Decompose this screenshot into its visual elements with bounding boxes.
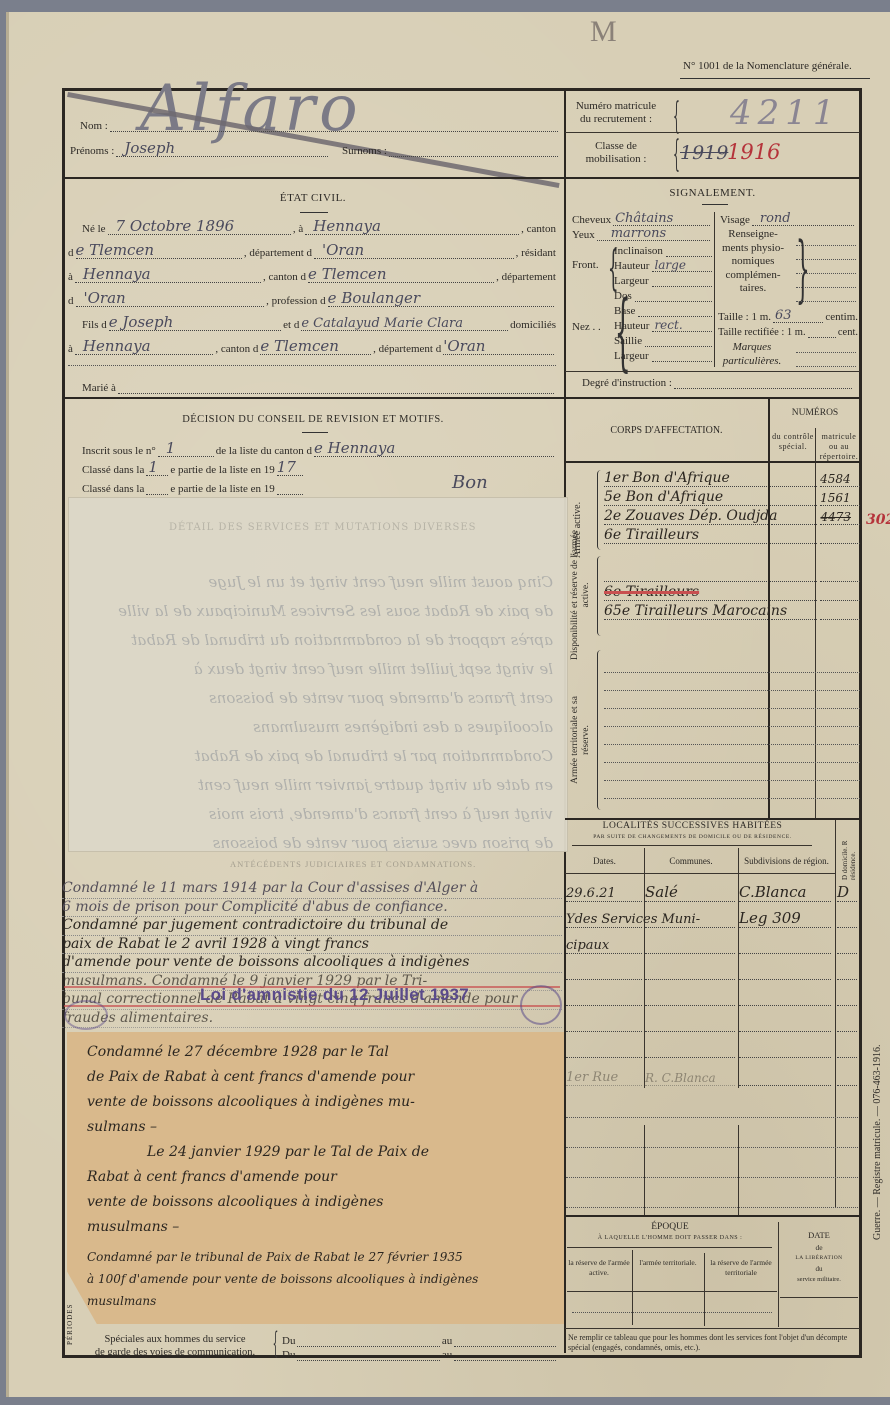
bracket bbox=[597, 650, 601, 810]
corps-cell: 2e Zouaves Dép. Oudjda bbox=[604, 508, 768, 525]
col-dates: Dates. bbox=[565, 856, 644, 866]
blank-line bbox=[68, 365, 556, 366]
localites-top-rule bbox=[565, 818, 860, 820]
dr-cell bbox=[837, 1085, 857, 1086]
corps-cell bbox=[604, 581, 767, 582]
dr-cell bbox=[837, 953, 857, 954]
commune-cell bbox=[645, 1057, 735, 1058]
section-territoriale: Armée territoriale et sa réserve. bbox=[570, 690, 592, 790]
commune-cell bbox=[645, 927, 735, 928]
corps-header: CORPS D'AFFECTATION. bbox=[565, 425, 768, 436]
nomenclature-number: N° 1001 de la Nomenclature générale. bbox=[683, 60, 852, 72]
canton-row: de Tlemcen , département d'Oran , résida… bbox=[68, 245, 556, 259]
taille-field: Taille : 1 m.63centim. bbox=[718, 309, 858, 323]
slip-line: Le 24 janvier 1929 par le Tal de Paix de bbox=[87, 1140, 564, 1165]
affectation-row: 6e Tirailleurs bbox=[604, 582, 860, 601]
title-rule bbox=[302, 432, 328, 433]
condamnation-line: Condamné le 11 mars 1914 par la Cour d'a… bbox=[62, 880, 562, 899]
amnesty-stamp: Loi d'amnistie du 12 Juillet 1937 bbox=[200, 985, 469, 1005]
affectation-row: 65e Tirailleurs Marocains bbox=[604, 601, 860, 620]
classe2-row: Classé dans la e partie de la liste en 1… bbox=[82, 481, 332, 495]
item-handwriting: rect. bbox=[654, 318, 682, 332]
localites-rows: 29.6.21SaléC.BlancaDYdes Services Muni-L… bbox=[566, 876, 858, 1086]
speciales-period-1: Duau bbox=[282, 1333, 558, 1347]
bracket bbox=[597, 556, 601, 636]
item-value bbox=[666, 245, 712, 257]
matricule-col-header: matricule ou au répertoire. bbox=[817, 432, 861, 462]
signalement-item: Base bbox=[614, 302, 712, 317]
dr-cell bbox=[837, 1005, 857, 1006]
classe-label: Classe de mobilisation : bbox=[572, 140, 660, 166]
localite-row bbox=[566, 1032, 858, 1058]
subdivision-cell bbox=[739, 979, 831, 980]
item-value bbox=[638, 305, 712, 317]
corps-cell: 65e Tirailleurs Marocains bbox=[604, 603, 768, 620]
dr-cell bbox=[837, 1057, 857, 1058]
col-subdivisions: Subdivisions de région. bbox=[738, 856, 835, 866]
localites-subtitle: PAR SUITE DE CHANGEMENTS DE DOMICILE OU … bbox=[565, 834, 820, 840]
bracket bbox=[597, 470, 601, 550]
red-strike bbox=[64, 1005, 560, 1007]
commune-cell bbox=[645, 953, 735, 954]
subdivision-cell bbox=[739, 1085, 831, 1086]
dr-header: D domicile. R résidence. bbox=[841, 820, 857, 880]
front-items: InclinaisonHauteurlargeLargeur bbox=[614, 242, 712, 287]
epoque-rule bbox=[567, 1247, 772, 1248]
item-label: Hauteur bbox=[614, 320, 649, 332]
decision-motif: Bon bbox=[452, 472, 488, 493]
controle-cell bbox=[770, 543, 817, 544]
speciales-period-2: Duau bbox=[282, 1347, 558, 1361]
signalement-item: Hauteurlarge bbox=[614, 257, 712, 272]
communes-divider-lower bbox=[738, 1125, 739, 1215]
corps-cell: 5e Bon d'Afrique bbox=[604, 489, 767, 506]
nez-items: DosBaseHauteurrect.SaillieLargeur bbox=[614, 287, 712, 362]
affectation-row: 5e Bon d'Afrique1561 bbox=[604, 487, 860, 506]
epoque-header-rule bbox=[567, 1291, 777, 1292]
commune-cell: R. C.Blanca bbox=[645, 1071, 735, 1086]
condamnation-line: d'amende pour vente de boissons alcooliq… bbox=[62, 954, 562, 973]
date-col-divider bbox=[778, 1222, 779, 1327]
controle-header: du contrôle spécial. bbox=[772, 432, 814, 452]
signalement-bottom-rule bbox=[565, 371, 860, 372]
condamnation-line: paix de Rabat le 2 avril 1928 à vingt fr… bbox=[62, 936, 562, 955]
date-liberation: LA LIBÉRATION bbox=[780, 1255, 858, 1261]
registre-imprint: Guerre. — Registre matricule. — 076-463-… bbox=[872, 1044, 883, 1240]
subdivision-cell bbox=[739, 953, 831, 954]
matricule-cell bbox=[820, 619, 860, 620]
surnoms-field: Surnoms : bbox=[342, 143, 560, 157]
corner-mark: M bbox=[590, 15, 617, 49]
affectation-row bbox=[604, 544, 860, 582]
date-cell bbox=[566, 1031, 642, 1032]
item-handwriting: large bbox=[654, 258, 686, 272]
matricule-label: Numéro matricule du recrutement : bbox=[572, 100, 660, 126]
slip-line: Rabat à cent francs d'amende pour bbox=[87, 1165, 564, 1190]
slip-small-line: musulmans bbox=[87, 1290, 564, 1312]
matricule-divider bbox=[565, 132, 860, 133]
localite-row bbox=[566, 980, 858, 1006]
item-label: Largeur bbox=[614, 350, 649, 362]
slip-small-line: Condamné par le tribunal de Paix de Raba… bbox=[87, 1246, 564, 1268]
subdivision-cell bbox=[739, 1031, 831, 1032]
slip-line: de Paix de Rabat à cent francs d'amende … bbox=[87, 1065, 564, 1090]
slip-small-line: à 100f d'amende pour vente de boissons a… bbox=[87, 1268, 564, 1290]
signalement-item: Inclinaison bbox=[614, 242, 712, 257]
item-value bbox=[652, 350, 712, 362]
brace-icon: { bbox=[273, 1326, 279, 1361]
date-cell: 1er Rue bbox=[566, 1070, 642, 1086]
domicile-row: àHennaya , canton de Tlemcen , départeme… bbox=[68, 341, 556, 355]
decision-title: DÉCISION DU CONSEIL DE REVISION ET MOTIF… bbox=[62, 414, 564, 425]
signalement-item: Dos bbox=[614, 287, 712, 302]
nomenclature-underline bbox=[680, 78, 870, 79]
speciales-label: Spéciales aux hommes du servicede garde … bbox=[90, 1333, 260, 1359]
matricule-value: 4211 bbox=[730, 93, 841, 133]
numeros-header: NUMÉROS bbox=[770, 408, 860, 418]
localite-row bbox=[566, 1006, 858, 1032]
item-label: Dos bbox=[614, 290, 632, 302]
date-cell bbox=[566, 1057, 642, 1058]
date-cell bbox=[566, 1005, 642, 1006]
localite-row: 29.6.21SaléC.BlancaD bbox=[566, 876, 858, 902]
dr-cell bbox=[837, 979, 857, 980]
signalement-title: SIGNALEMENT. bbox=[565, 187, 860, 199]
date-title: DATE bbox=[780, 1230, 858, 1240]
brace-icon: { bbox=[673, 134, 680, 175]
dates-divider-lower bbox=[644, 1125, 645, 1215]
affectation-row: 6e Tirailleurs bbox=[604, 525, 860, 544]
condamnation-line: Condamné par jugement contradictoire du … bbox=[62, 917, 562, 936]
territoriale-rows bbox=[604, 655, 860, 799]
pasted-slip: Condamné le 27 décembre 1928 par le Tald… bbox=[67, 1032, 564, 1324]
localite-row: 1er RueR. C.Blanca bbox=[566, 1058, 858, 1086]
corps-cell: 1er Bon d'Afrique bbox=[604, 470, 767, 487]
header-divider bbox=[62, 177, 862, 179]
date-cell bbox=[566, 979, 642, 980]
dr-cell bbox=[837, 927, 857, 928]
parents-row: Fils de Joseph et de Catalayud Marie Cla… bbox=[82, 317, 556, 331]
subdivision-cell: C.Blanca bbox=[739, 883, 831, 902]
visage-field: Visagerond bbox=[720, 212, 856, 226]
localites-header-rule bbox=[565, 873, 835, 874]
corps-cell: 6e Tirailleurs bbox=[604, 527, 767, 544]
subdivision-cell: Leg 309 bbox=[739, 909, 831, 928]
etat-civil-title: ÉTAT CIVIL. bbox=[62, 192, 564, 204]
commune-cell: Salé bbox=[645, 883, 735, 902]
renseignements-label: Renseigne- ments physio- nomiques complé… bbox=[718, 228, 788, 296]
periodes-label: PÉRIODES bbox=[66, 1304, 74, 1345]
matricule-cell bbox=[820, 543, 860, 544]
controle-cell bbox=[770, 486, 817, 487]
date-de: de bbox=[780, 1243, 858, 1252]
slip-line: sulmans – bbox=[87, 1115, 564, 1140]
date-cell: 29.6.21 bbox=[566, 886, 642, 902]
matricule-cell: 4584 bbox=[820, 472, 860, 487]
date-cell: cipaux bbox=[566, 938, 642, 954]
slip-line: vente de boissons alcooliques à indigène… bbox=[87, 1190, 564, 1215]
affectation-row: 2e Zouaves Dép. Oudjda4473 bbox=[604, 506, 860, 525]
matricule-annotation: 302 bbox=[866, 512, 890, 528]
marques-label: Marques particulières. bbox=[718, 340, 786, 368]
epoque-bottom-rule bbox=[565, 1328, 860, 1329]
classe-struck-value: 1919 bbox=[680, 142, 728, 164]
antecedents-heading: ANTÉCÉDENTS JUDICIAIRES ET CONDAMNATIONS… bbox=[230, 859, 476, 869]
signalement-item: Saillie bbox=[614, 332, 712, 347]
epoque-entry-line bbox=[572, 1312, 772, 1313]
slip-line: Condamné le 27 décembre 1928 par le Tal bbox=[87, 1040, 564, 1065]
commune-cell bbox=[645, 1005, 735, 1006]
commune-cell bbox=[645, 979, 735, 980]
section-divider bbox=[62, 397, 862, 399]
nez-label: Nez . . bbox=[572, 321, 601, 333]
instruction-field: Degré d'instruction : bbox=[582, 375, 854, 389]
item-value: rect. bbox=[652, 320, 712, 332]
title-rule bbox=[702, 204, 728, 205]
date-du: du bbox=[780, 1265, 858, 1273]
taille-rectifiee-field: Taille rectifiée : 1 m.cent. bbox=[718, 324, 858, 338]
epoque-title: ÉPOQUE bbox=[565, 1222, 775, 1232]
title-rule bbox=[300, 212, 328, 213]
localites-rule bbox=[572, 845, 812, 846]
surname-value: Alfaro bbox=[140, 72, 362, 146]
item-label: Inclinaison bbox=[614, 245, 663, 257]
affectation-header-rule bbox=[565, 461, 860, 463]
date-header-rule bbox=[780, 1297, 858, 1298]
item-value bbox=[645, 335, 712, 347]
item-value bbox=[652, 275, 712, 287]
matricule-cell: 4473 bbox=[820, 510, 860, 525]
bleed-through-text: Cinq aoust mille neuf cent vingt et un l… bbox=[69, 498, 567, 851]
signalement-item: Hauteurrect. bbox=[614, 317, 712, 332]
classe1-row: Classé dans la1 e partie de la liste en … bbox=[82, 462, 332, 476]
dr-cell bbox=[837, 1031, 857, 1032]
signalement-divider bbox=[714, 212, 715, 367]
item-value bbox=[635, 290, 712, 302]
birth-row: Né le7 Octobre 1896 , àHennaya , canton bbox=[82, 221, 556, 235]
localites-lower-rows bbox=[566, 1088, 858, 1208]
matricule-cell bbox=[820, 600, 860, 601]
prenoms-field: Prénoms :Joseph bbox=[70, 143, 330, 157]
profession-row: d'Oran , profession de Boulanger bbox=[68, 293, 556, 307]
residence-row: àHennaya , canton de Tlemcen , départeme… bbox=[68, 269, 556, 283]
marques-lines bbox=[796, 340, 856, 367]
controle-cell bbox=[770, 600, 817, 601]
condamnation-line: fraudes alimentaires. bbox=[62, 1010, 562, 1029]
item-label: Saillie bbox=[614, 335, 642, 347]
localites-title: LOCALITÉS SUCCESSIVES HABITÉES bbox=[565, 821, 820, 831]
slip-line: musulmans – bbox=[87, 1215, 564, 1240]
controle-cell bbox=[771, 619, 817, 620]
item-value: large bbox=[652, 260, 712, 272]
epoque-subtitle: À LAQUELLE L'HOMME DOIT PASSER DANS : bbox=[565, 1235, 775, 1241]
nom-field: Nom : bbox=[80, 118, 560, 132]
renseignements-lines bbox=[796, 232, 856, 302]
epoque-note: Ne remplir ce tableau que pour les homme… bbox=[568, 1333, 858, 1353]
round-stamp-icon bbox=[520, 985, 562, 1025]
corps-cell: 6e Tirailleurs bbox=[604, 584, 767, 601]
matricule-cell bbox=[820, 581, 860, 582]
col-communes: Communes. bbox=[644, 856, 738, 866]
marie-row: Marié à bbox=[82, 380, 556, 394]
subdivision-cell bbox=[739, 1057, 831, 1058]
epoque-col-reserve-territoriale: la réserve de l'armée territoriale bbox=[705, 1258, 777, 1278]
date-service: service militaire. bbox=[780, 1276, 858, 1283]
round-stamp-icon bbox=[64, 1000, 108, 1030]
condamnation-line: 6 mois de prison pour Complicité d'abus … bbox=[62, 899, 562, 918]
affectation-rows: 1er Bon d'Afrique45845e Bon d'Afrique156… bbox=[604, 468, 860, 620]
epoque-col-territoriale: l'armée territoriale. bbox=[633, 1258, 703, 1268]
controle-cell bbox=[770, 581, 817, 582]
affectation-row: 1er Bon d'Afrique4584 bbox=[604, 468, 860, 487]
yeux-field: Yeuxmarrons bbox=[572, 227, 712, 241]
signalement-item: Largeur bbox=[614, 347, 712, 362]
commune-cell bbox=[645, 1031, 735, 1032]
localite-row bbox=[566, 954, 858, 980]
dr-cell: D bbox=[837, 883, 857, 902]
controle-cell bbox=[770, 505, 817, 506]
inscrit-row: Inscrit sous le n°1 de la liste du canto… bbox=[82, 443, 556, 457]
epoque-col-reserve-active: la réserve de l'armée active. bbox=[566, 1258, 632, 1278]
brace-icon: { bbox=[673, 96, 680, 137]
section-disponibilite: Disponibilité et réserve de l'armée acti… bbox=[570, 530, 592, 660]
epoque-top-rule bbox=[565, 1215, 860, 1217]
subdivision-cell bbox=[739, 1005, 831, 1006]
item-label: Base bbox=[614, 305, 635, 317]
pasted-tissue-overlay: DÉTAIL DES SERVICES ET MUTATIONS DIVERSE… bbox=[68, 497, 568, 852]
cheveux-field: CheveuxChâtains bbox=[572, 212, 712, 226]
matricule-cell: 1561 bbox=[820, 491, 860, 506]
classe-value: 1916 bbox=[727, 140, 780, 164]
localite-row: cipaux bbox=[566, 928, 858, 954]
front-label: Front. bbox=[572, 259, 599, 271]
localite-row: Ydes Services Muni-Leg 309 bbox=[566, 902, 858, 928]
slip-line: vente de boissons alcooliques à indigène… bbox=[87, 1090, 564, 1115]
date-cell: Ydes Services Muni- bbox=[566, 912, 642, 928]
controle-cell bbox=[771, 524, 817, 525]
item-label: Hauteur bbox=[614, 260, 649, 272]
